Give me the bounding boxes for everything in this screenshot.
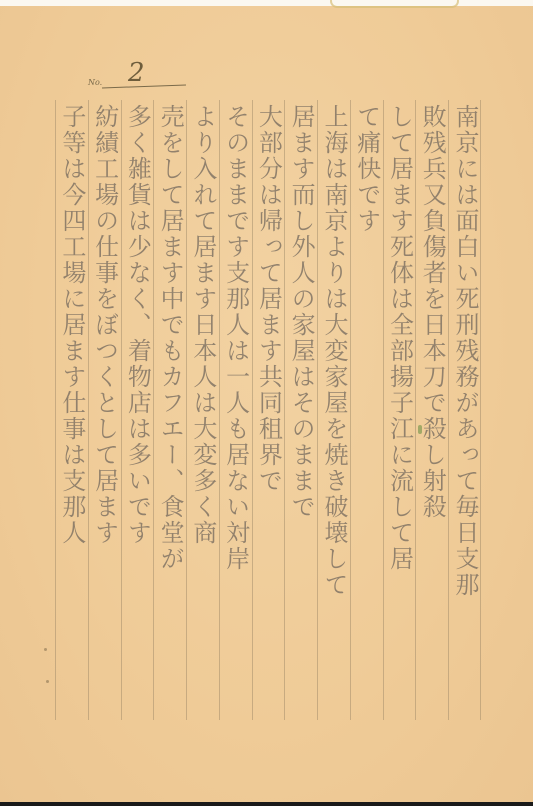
paper-speck xyxy=(46,680,49,683)
text-column-4: て痛快です xyxy=(350,104,383,724)
text-column-12: 紡績工場の仕事をぼつくとして居ます xyxy=(88,104,121,724)
text-column-6: 居ます而し外人の家屋はそのままで xyxy=(284,104,317,724)
text-column-8: そのままです支那人は一人も居ない対岸 xyxy=(219,104,252,724)
page-number-label: No. xyxy=(88,78,102,87)
text-column-13: 子等は今四工場に居ます仕事は支那人 xyxy=(55,104,88,724)
ink-mark xyxy=(418,425,422,434)
text-column-3: して居ます死体は全部揚子江に流して居 xyxy=(383,104,416,724)
handwritten-text-columns: 南京には面白い死刑残務があって毎日支那 敗残兵又負傷者を日本刀で殺し射殺 して居… xyxy=(55,104,481,724)
text-column-11: 多く雑貨は少なく、着物店は多いです xyxy=(121,104,154,724)
text-column-1: 南京には面白い死刑残務があって毎日支那 xyxy=(448,104,481,724)
paper-speck xyxy=(44,648,47,651)
text-column-5: 上海は南京よりは大変家屋を焼き破壊して xyxy=(317,104,350,724)
text-column-2: 敗残兵又負傷者を日本刀で殺し射殺 xyxy=(415,104,448,724)
text-column-10: 売をして居ます中でもカフエー、食堂が xyxy=(153,104,186,724)
text-column-9: より入れて居ます日本人は大変多く商 xyxy=(186,104,219,724)
text-column-7: 大部分は帰って居ます共同租界で xyxy=(252,104,285,724)
page-number-value: 2 xyxy=(128,58,145,88)
scan-bottom-edge xyxy=(0,802,533,806)
paper-clip-mark xyxy=(330,0,459,8)
page-number: No. 2 xyxy=(88,60,188,94)
